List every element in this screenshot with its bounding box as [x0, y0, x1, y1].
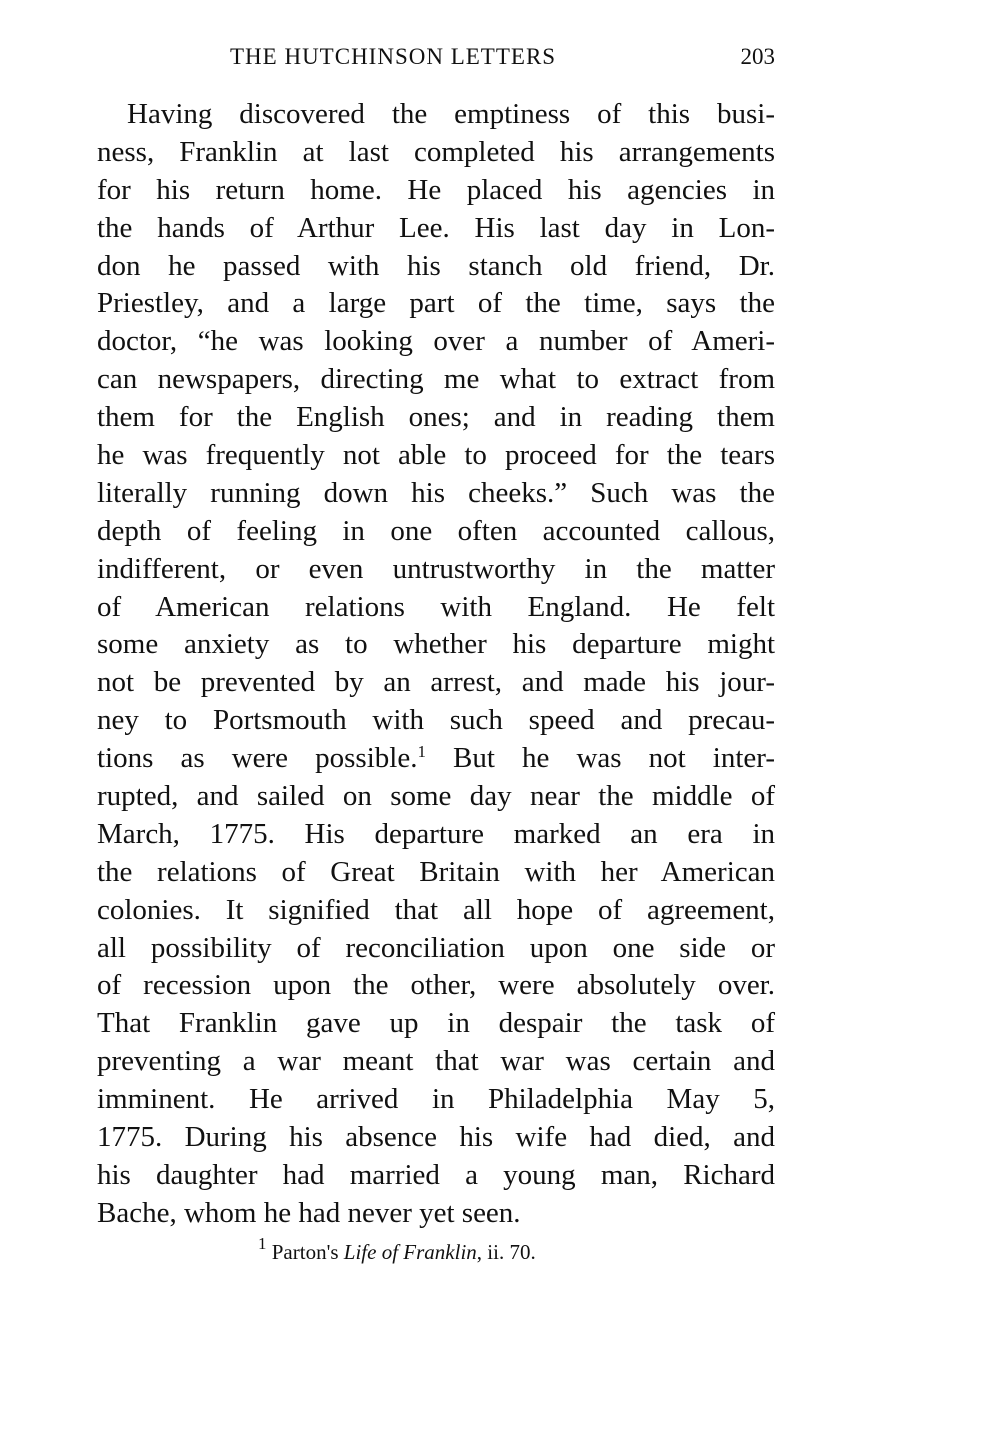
text-line: Having discovered the emptiness of this … — [97, 96, 775, 134]
text-line: them for the English ones; and in readin… — [97, 399, 775, 437]
text-segment: But he was not inter- — [426, 742, 775, 774]
text-line: doctor, “he was looking over a number of… — [97, 323, 775, 361]
text-line: can newspapers, directing me what to ext… — [97, 361, 775, 399]
text-line: rupted, and sailed on some day near the … — [97, 778, 775, 816]
text-line: of recession upon the other, were absolu… — [97, 967, 775, 1005]
text-line: his daughter had married a young man, Ri… — [97, 1157, 775, 1195]
text-line: 1775. During his absence his wife had di… — [97, 1119, 775, 1157]
text-line: preventing a war meant that war was cert… — [97, 1043, 775, 1081]
text-line: depth of feeling in one often accounted … — [97, 513, 775, 551]
text-line: of American relations with England. He f… — [97, 589, 775, 627]
text-line: literally running down his cheeks.” Such… — [97, 475, 775, 513]
text-line: Priestley, and a large part of the time,… — [97, 285, 775, 323]
text-line: the relations of Great Britain with her … — [97, 854, 775, 892]
text-line: That Franklin gave up in despair the tas… — [97, 1005, 775, 1043]
text-line: ness, Franklin at last completed his arr… — [97, 134, 775, 172]
footnote: 1 Parton's Life of Franklin, ii. 70. — [258, 1240, 536, 1265]
footnote-ref[interactable]: 1 — [417, 742, 426, 761]
running-header: THE HUTCHINSON LETTERS 203 — [230, 44, 775, 78]
text-line: don he passed with his stanch old friend… — [97, 248, 775, 286]
text-line: for his return home. He placed his agenc… — [97, 172, 775, 210]
text-line: all possibility of reconciliation upon o… — [97, 930, 775, 968]
footnote-prefix: Parton's — [272, 1240, 344, 1264]
footnote-suffix: , ii. 70. — [477, 1240, 536, 1264]
text-line: indifferent, or even untrustworthy in th… — [97, 551, 775, 589]
text-segment: tions as were possible. — [97, 742, 417, 774]
body-text: Having discovered the emptiness of this … — [97, 96, 775, 1233]
text-line: ney to Portsmouth with such speed and pr… — [97, 702, 775, 740]
text-line: the hands of Arthur Lee. His last day in… — [97, 210, 775, 248]
text-line: Bache, whom he had never yet seen. — [97, 1195, 775, 1233]
text-line: he was frequently not able to proceed fo… — [97, 437, 775, 475]
text-line: imminent. He arrived in Philadelphia May… — [97, 1081, 775, 1119]
footnote-book-title: Life of Franklin — [344, 1240, 477, 1264]
text-line: March, 1775. His departure marked an era… — [97, 816, 775, 854]
text-line-with-footnote-ref: tions as were possible.1 But he was not … — [97, 740, 775, 778]
footnote-marker: 1 — [258, 1234, 267, 1253]
text-line: some anxiety as to whether his departure… — [97, 626, 775, 664]
text-line: not be prevented by an arrest, and made … — [97, 664, 775, 702]
running-title: THE HUTCHINSON LETTERS — [230, 44, 556, 70]
page-number: 203 — [741, 44, 776, 70]
text-line: colonies. It signified that all hope of … — [97, 892, 775, 930]
